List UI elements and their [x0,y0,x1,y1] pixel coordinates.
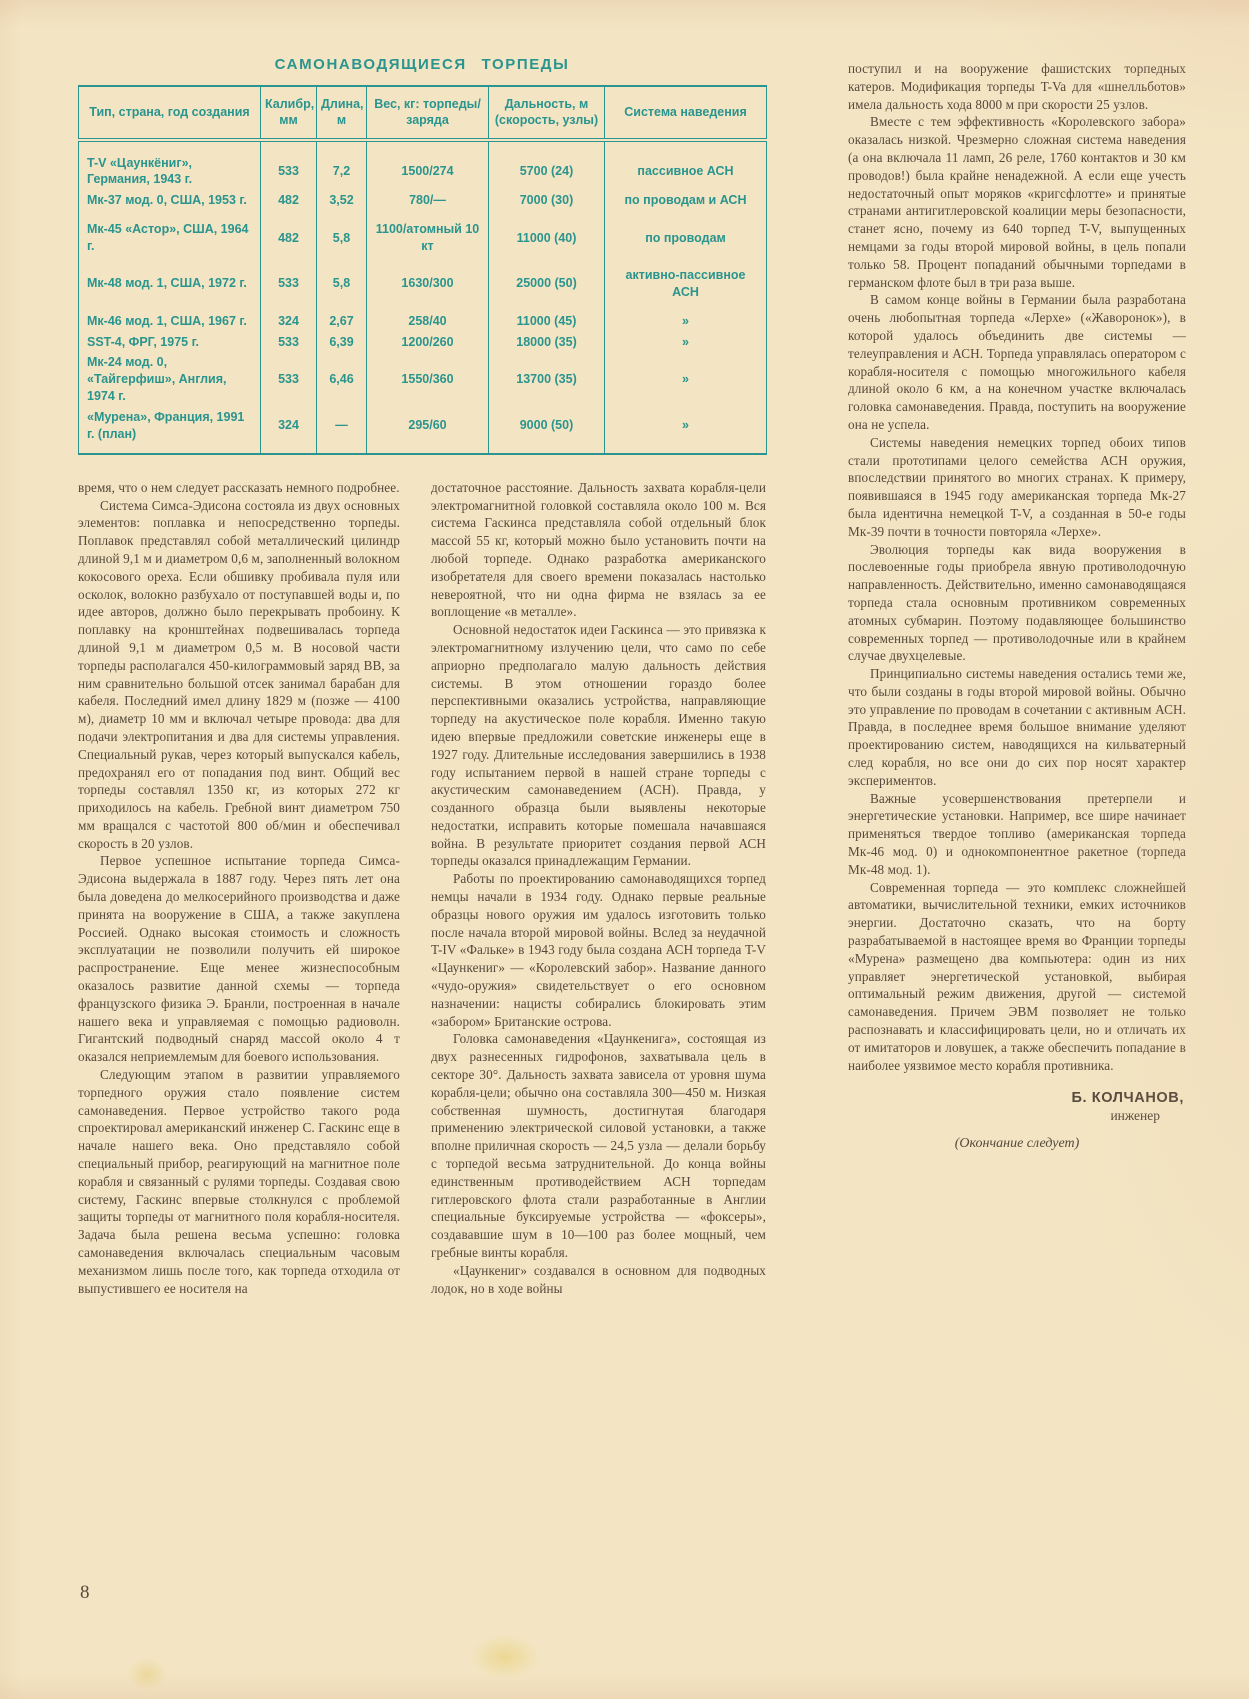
col-header-range: Дальность, м (скорость, узлы) [489,86,605,140]
table-row: Мк-46 мод. 1, США, 1967 г. 324 2,67 258/… [79,303,767,332]
col-header-type: Тип, страна, год создания [79,86,261,140]
paragraph: поступил и на вооружение фашистских торп… [848,60,1186,113]
paragraph: Современная торпеда — это комплекс сложн… [848,879,1186,1075]
paragraph: Работы по проектированию самонаводящихся… [431,870,766,1030]
paragraph: В самом конце войны в Германии была разр… [848,291,1186,433]
paragraph: Вместе с тем эффективность «Королевского… [848,113,1186,291]
text-column-middle: достаточное расстояние. Дальность захват… [431,479,766,1631]
body-text-columns: время, что о нем следует рассказать немн… [78,479,766,1631]
col-header-length: Длина, м [317,86,367,140]
table-row: Мк-48 мод. 1, США, 1972 г. 533 5,8 1630/… [79,257,767,303]
text-column-right: поступил и на вооружение фашистских торп… [848,56,1186,1699]
paragraph: Головка самонаведения «Цаункенига», сост… [431,1030,766,1261]
paragraph: Системы наведения немецких торпед обоих … [848,434,1186,541]
paragraph: Следующим этапом в развитии управляемого… [78,1066,400,1297]
table-row: Мк-45 «Астор», США, 1964 г. 482 5,8 1100… [79,211,767,257]
paragraph: достаточное расстояние. Дальность захват… [431,479,766,621]
text-column-left: время, что о нем следует рассказать немн… [78,479,400,1631]
paragraph: Важные усовершенствования претерпели и э… [848,790,1186,879]
table-row: SST-4, ФРГ, 1975 г. 533 6,39 1200/260 18… [79,332,767,353]
table-header-row: Тип, страна, год создания Калибр, мм Дли… [79,86,767,140]
paragraph: Основной недостаток идеи Гаскинса — это … [431,621,766,870]
col-header-caliber: Калибр, мм [261,86,317,140]
table-row: Мк-37 мод. 0, США, 1953 г. 482 3,52 780/… [79,190,767,211]
table-row: T-V «Цаункёниг», Германия, 1943 г. 533 7… [79,140,767,191]
author-role: инженер [848,1108,1186,1124]
left-region: САМОНАВОДЯЩИЕСЯ ТОРПЕДЫ Тип, страна, год… [78,56,766,1699]
paragraph: Эволюция торпеды как вида вооружения в п… [848,541,1186,666]
table-row: Мк-24 мод. 0, «Тайгерфиш», Англия, 1974 … [79,352,767,407]
torpedo-data-table: Тип, страна, год создания Калибр, мм Дли… [78,85,767,455]
author-name: Б. КОЛЧАНОВ, [848,1090,1186,1106]
paragraph: время, что о нем следует рассказать немн… [78,479,400,497]
article-signature: Б. КОЛЧАНОВ, инженер (Окончание следует) [848,1090,1186,1152]
paragraph: Первое успешное испытание торпеда Симса-… [78,852,400,1066]
article-table-title: САМОНАВОДЯЩИЕСЯ ТОРПЕДЫ [78,56,766,73]
col-header-guidance: Система наведения [605,86,767,140]
paragraph: Система Симса-Эдисона состояла из двух о… [78,497,400,853]
magazine-page: САМОНАВОДЯЩИЕСЯ ТОРПЕДЫ Тип, страна, год… [0,0,1249,1699]
table-row: «Мурена», Франция, 1991 г. (план) 324 — … [79,407,767,454]
continuation-note: (Окончание следует) [848,1136,1186,1152]
paragraph: «Цаункениг» создавался в основном для по… [431,1262,766,1298]
paragraph: Принципиально системы наведения остались… [848,665,1186,790]
col-header-weight: Вес, кг: торпеды/ заряда [367,86,489,140]
page-number: 8 [80,1582,90,1604]
